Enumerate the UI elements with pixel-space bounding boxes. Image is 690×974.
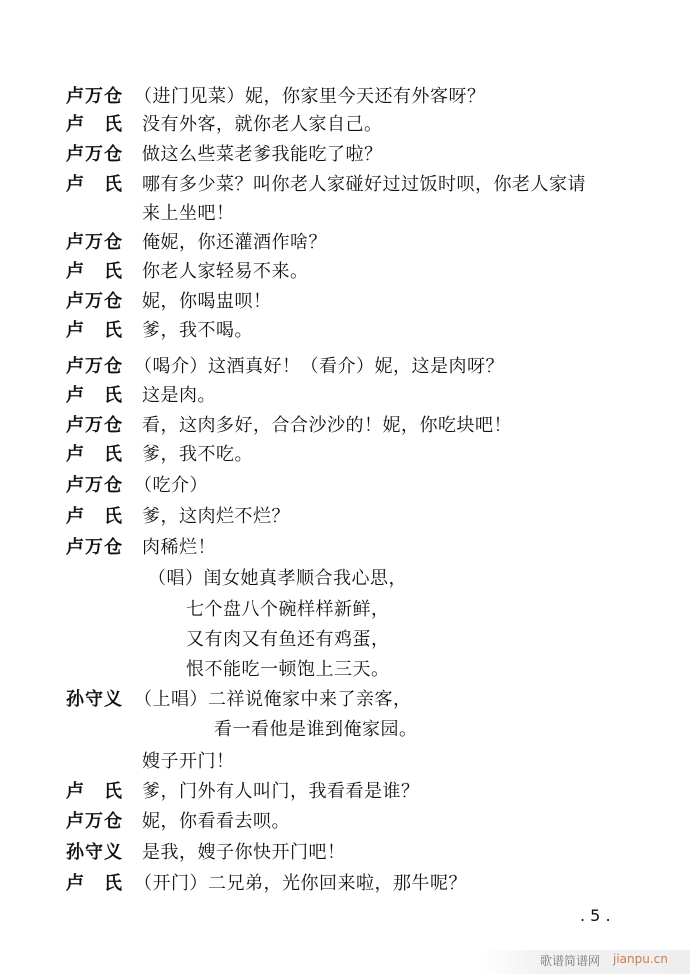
dialogue-text: 哪有多少菜？叫你老人家碰好过过饭时呗，你老人家请	[142, 174, 586, 196]
speaker-name: 卢 氏	[66, 320, 123, 342]
dialogue-text: 恨不能吃一顿饱上三天。	[186, 659, 390, 681]
speaker-name: 卢 氏	[66, 114, 123, 136]
speaker-name: 卢万仓	[66, 415, 123, 437]
dialogue-text: 爹，这肉烂不烂？	[142, 506, 290, 528]
speaker-name: 卢万仓	[66, 356, 123, 378]
speaker-name: 卢万仓	[66, 475, 123, 497]
dialogue-text: 爹，门外有人叫门，我看看是谁？	[142, 781, 420, 803]
speaker-name: 孙守义	[66, 842, 123, 864]
dialogue-text: 俺妮，你还灌酒作啥？	[142, 232, 327, 254]
dialogue-text: 来上坐吧！	[142, 203, 235, 225]
speaker-name: 孙守义	[66, 689, 123, 711]
dialogue-text: （进门见菜）妮，你家里今天还有外客呀？	[134, 86, 486, 108]
dialogue-text: 嫂子开门！	[142, 751, 235, 773]
dialogue-text: 看，这肉多好，合合沙沙的！妮，你吃块吧！	[142, 415, 512, 437]
dialogue-text: 这是肉。	[142, 385, 216, 407]
speaker-name: 卢 氏	[66, 781, 123, 803]
watermark-site-url: jianpu.cn	[613, 952, 668, 966]
speaker-name: 卢万仓	[66, 537, 123, 559]
dialogue-text: （吃介）	[134, 475, 208, 497]
speaker-name: 卢万仓	[66, 144, 123, 166]
dialogue-text: 爹，我不吃。	[142, 444, 253, 466]
dialogue-text: 做这么些菜老爹我能吃了啦？	[142, 144, 383, 166]
speaker-name: 卢万仓	[66, 86, 123, 108]
dialogue-text: 你老人家轻易不来。	[142, 261, 309, 283]
dialogue-text: 七个盘八个碗样样新鲜，	[186, 599, 390, 621]
dialogue-text: 肉稀烂！	[142, 537, 216, 559]
watermark-site-name: 歌谱简谱网	[540, 952, 600, 969]
dialogue-text: 是我，嫂子你快开门吧！	[142, 842, 346, 864]
speaker-name: 卢万仓	[66, 291, 123, 313]
dialogue-text: 没有外客，就你老人家自己。	[142, 114, 383, 136]
dialogue-text: （唱）闺女她真孝顺合我心思，	[148, 568, 407, 590]
dialogue-text: 看一看他是谁到俺家园。	[214, 719, 418, 741]
dialogue-text: （开门）二兄弟，光你回来啦，那牛呢？	[134, 873, 467, 895]
speaker-name: 卢 氏	[66, 174, 123, 196]
page-number: . 5 .	[580, 906, 611, 925]
speaker-name: 卢 氏	[66, 385, 123, 407]
dialogue-text: 爹，我不喝。	[142, 320, 253, 342]
speaker-name: 卢 氏	[66, 506, 123, 528]
dialogue-text: 又有肉又有鱼还有鸡蛋，	[186, 629, 390, 651]
speaker-name: 卢 氏	[66, 873, 123, 895]
speaker-name: 卢万仓	[66, 232, 123, 254]
dialogue-text: （上唱）二祥说俺家中来了亲客，	[134, 689, 412, 711]
dialogue-text: 妮，你喝盅呗！	[142, 291, 272, 313]
dialogue-text: 妮，你看看去呗。	[142, 811, 290, 833]
dialogue-text: （喝介）这酒真好！（看介）妮，这是肉呀？	[134, 356, 504, 378]
speaker-name: 卢 氏	[66, 444, 123, 466]
speaker-name: 卢万仓	[66, 811, 123, 833]
speaker-name: 卢 氏	[66, 261, 123, 283]
